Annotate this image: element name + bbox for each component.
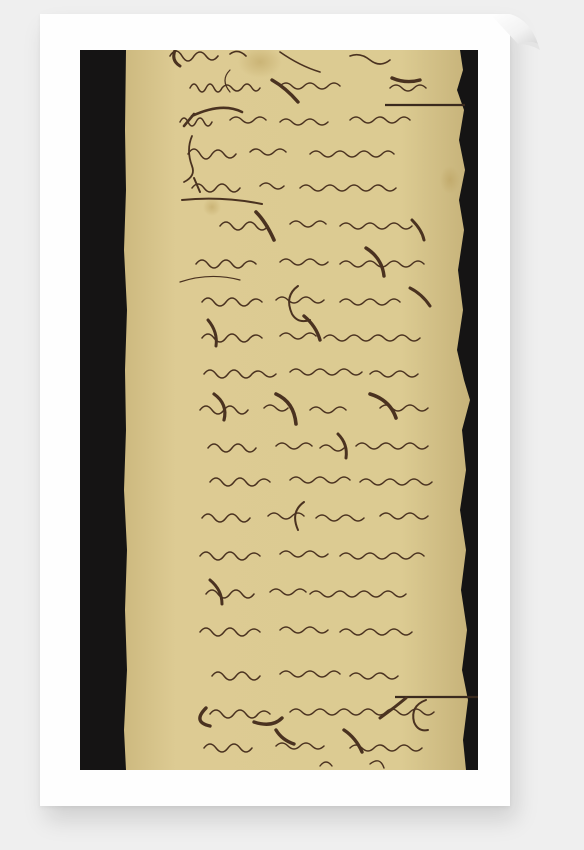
manuscript-image [80,50,478,770]
page-curl-corner [490,14,560,74]
manuscript-scroll [80,50,478,770]
